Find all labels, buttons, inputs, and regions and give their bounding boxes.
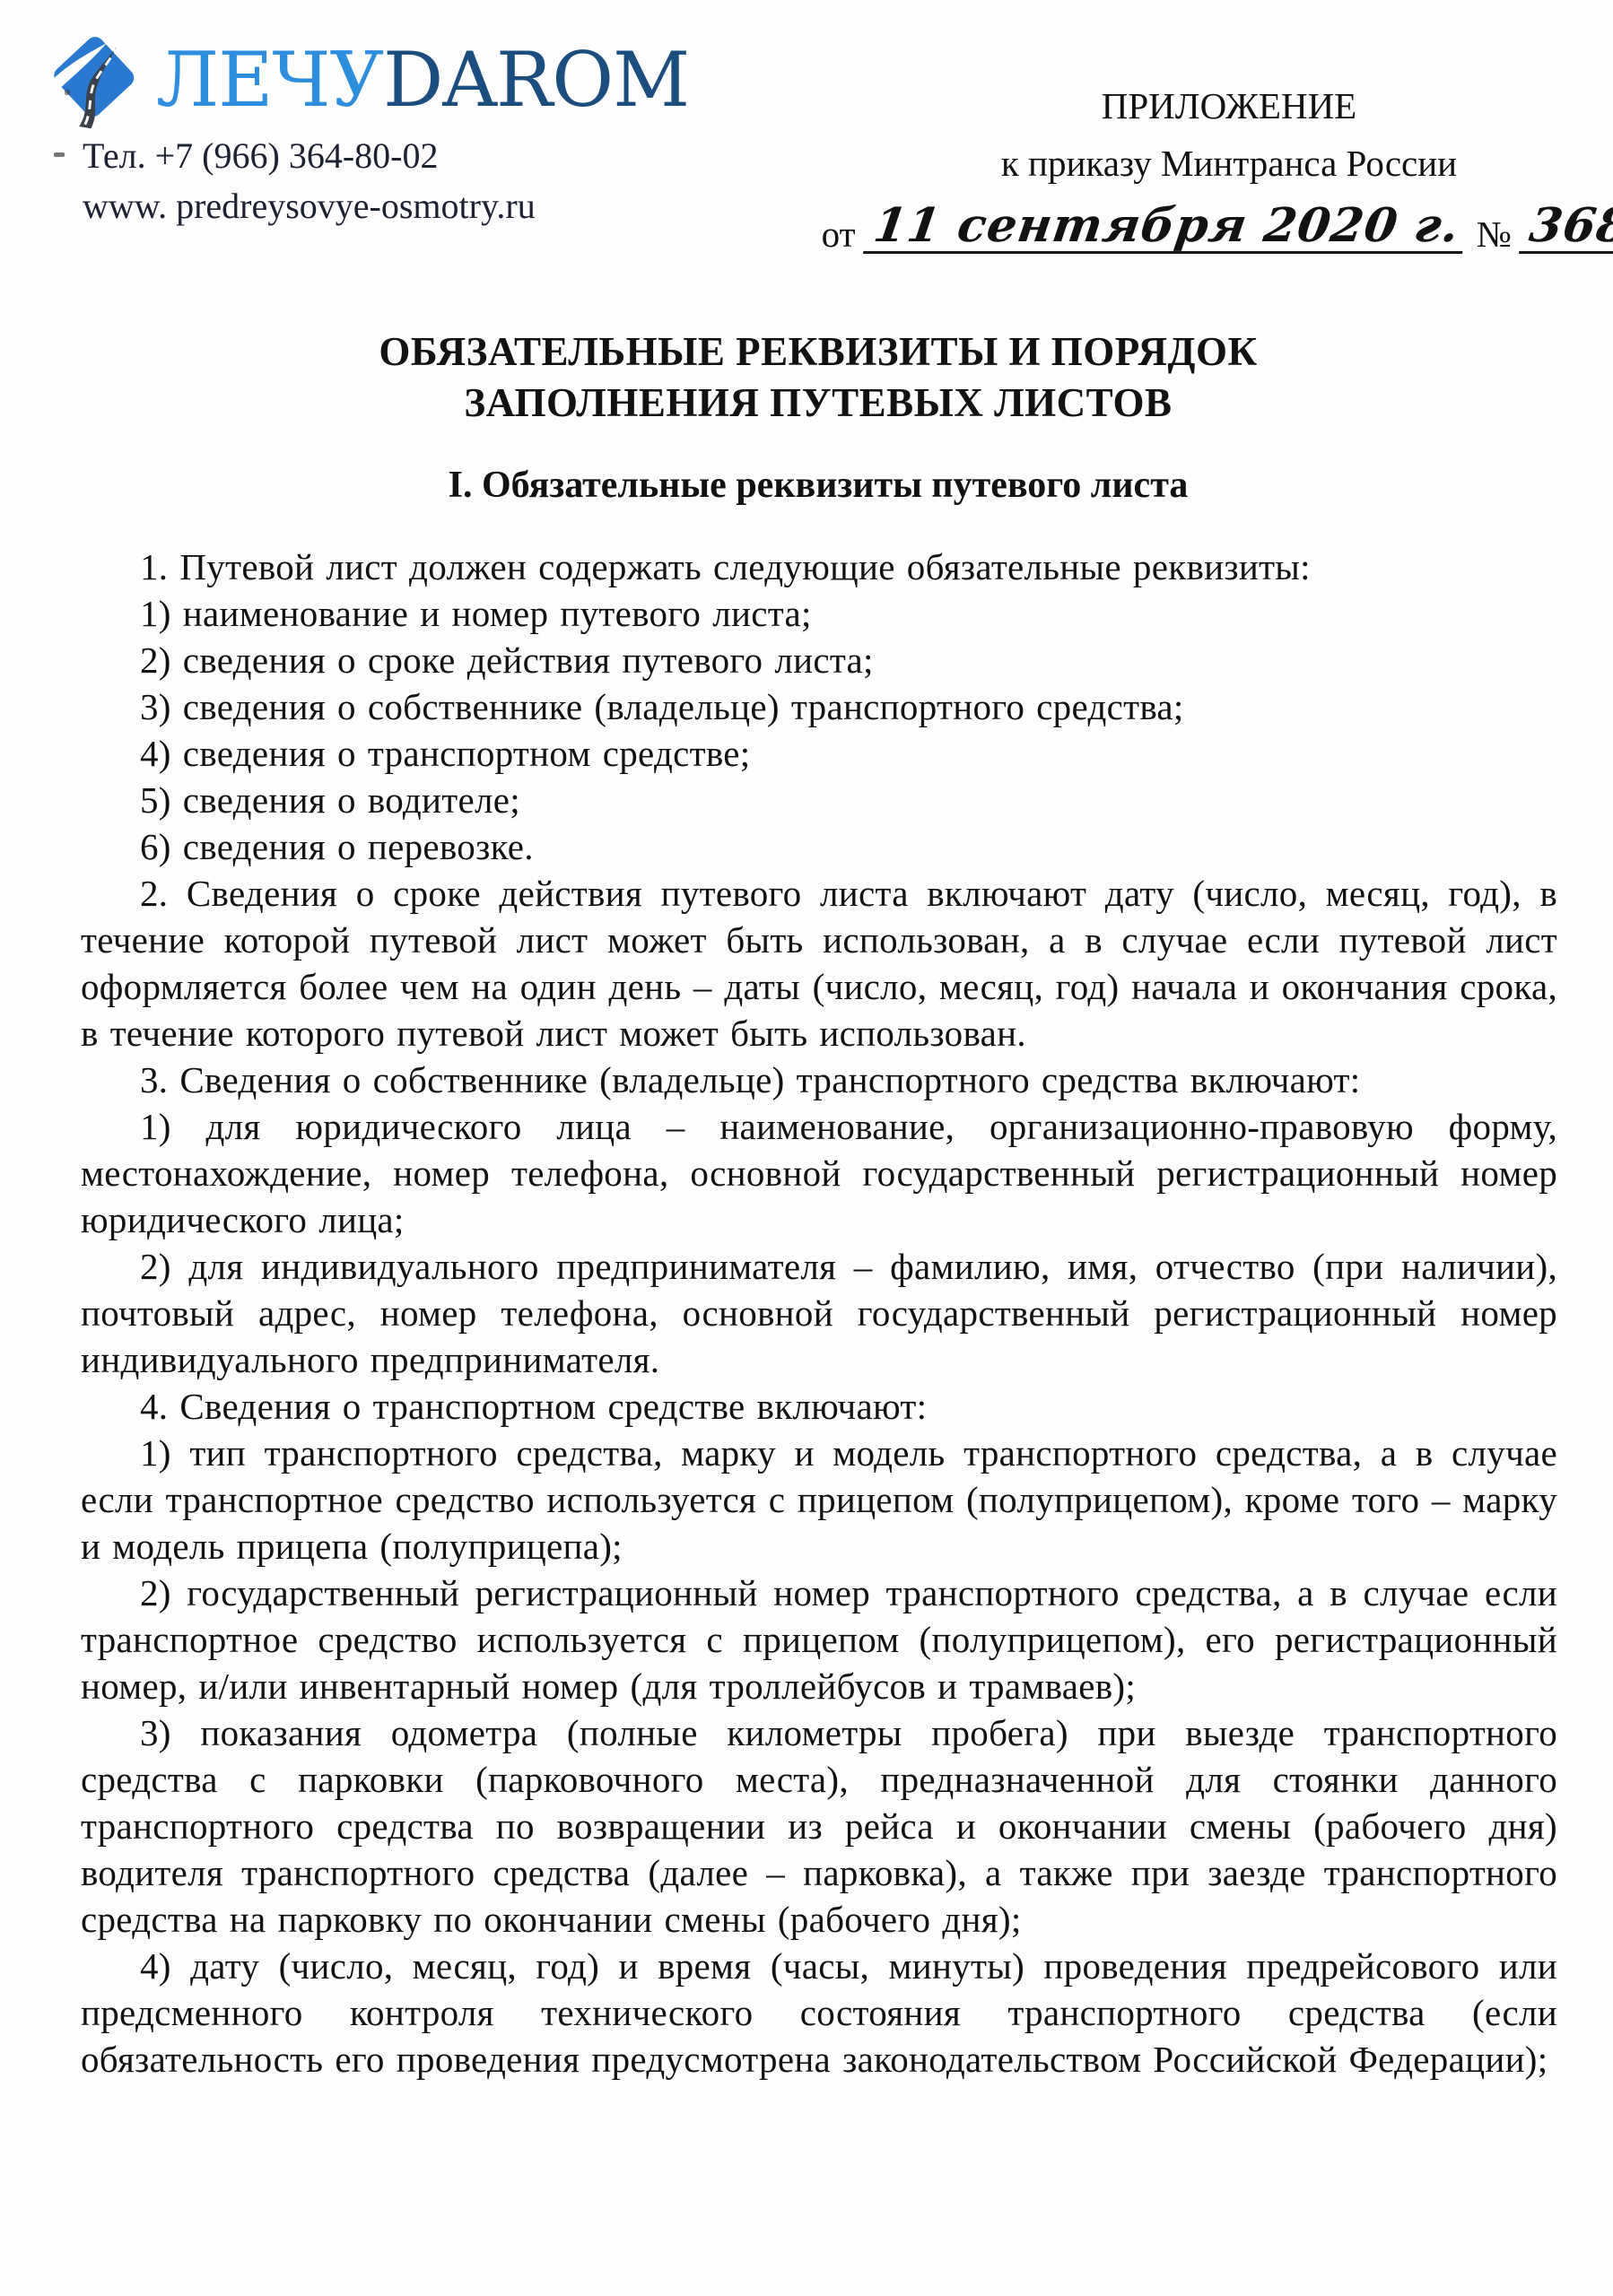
appendix-title: ПРИЛОЖЕНИЕ — [915, 86, 1543, 126]
list-item: 1) тип транспортного средства, марку и м… — [81, 1430, 1557, 1570]
list-item: 4) дату (число, месяц, год) и время (час… — [81, 1943, 1557, 2083]
paragraph: 1. Путевой лист должен содержать следующ… — [81, 544, 1557, 590]
appendix-block: ПРИЛОЖЕНИЕ к приказу Минтранса России от… — [915, 86, 1543, 254]
brand-name-first: ЛЕЧУ — [156, 36, 383, 124]
document-title: ОБЯЗАТЕЛЬНЫЕ РЕКВИЗИТЫ И ПОРЯДОК ЗАПОЛНЕ… — [81, 326, 1556, 429]
document-title-line1: ОБЯЗАТЕЛЬНЫЕ РЕКВИЗИТЫ И ПОРЯДОК — [81, 326, 1556, 378]
list-item: 6) сведения о перевозке. — [81, 823, 1557, 870]
order-number-sign: № — [1477, 214, 1512, 254]
document-body: 1. Путевой лист должен содержать следующ… — [81, 544, 1557, 2083]
list-item: 1) для юридического лица – наименование,… — [81, 1103, 1557, 1243]
paragraph: 4. Сведения о транспортном средстве вклю… — [81, 1383, 1557, 1430]
paragraph: 2. Сведения о сроке действия путевого ли… — [81, 870, 1557, 1057]
order-date-handwritten: 11 сентября 2020 г. — [863, 203, 1469, 254]
website-url: www. predreysovye-osmotry.ru — [83, 181, 536, 231]
phone-number: Тел. +7 (966) 364-80-02 — [83, 131, 536, 181]
list-item: 3) показания одометра (полные километры … — [81, 1709, 1557, 1943]
list-item: 3) сведения о собственнике (владельце) т… — [81, 683, 1557, 730]
list-item: 2) сведения о сроке действия путевого ли… — [81, 637, 1557, 683]
scanned-document-page: ЛЕЧУDAROM Тел. +7 (966) 364-80-02 www. p… — [0, 0, 1613, 2296]
brand-block: ЛЕЧУDAROM — [41, 30, 689, 131]
order-number-handwritten: 368 — [1519, 203, 1613, 254]
paragraph: 3. Сведения о собственнике (владельце) т… — [81, 1057, 1557, 1103]
contact-block: Тел. +7 (966) 364-80-02 www. predreysovy… — [83, 131, 536, 231]
list-item: 1) наименование и номер путевого листа; — [81, 590, 1557, 637]
appendix-subtitle: к приказу Минтранса России — [915, 143, 1543, 183]
list-item: 5) сведения о водителе; — [81, 777, 1557, 823]
section-heading: I. Обязательные реквизиты путевого листа — [81, 464, 1556, 507]
brand-name: ЛЕЧУDAROM — [156, 30, 689, 129]
list-item: 2) государственный регистрационный номер… — [81, 1570, 1557, 1709]
document-title-line2: ЗАПОЛНЕНИЯ ПУТЕВЫХ ЛИСТОВ — [81, 378, 1556, 429]
scan-speck — [54, 152, 65, 157]
scan-speck — [65, 90, 70, 95]
brand-name-second: DAROM — [383, 36, 689, 124]
road-diamond-logo-icon — [41, 30, 151, 131]
list-item: 4) сведения о транспортном средстве; — [81, 730, 1557, 777]
order-line: от 11 сентября 2020 г. № 368 — [915, 203, 1543, 254]
order-prefix: от — [822, 214, 856, 254]
list-item: 2) для индивидуального предпринимателя –… — [81, 1243, 1557, 1383]
